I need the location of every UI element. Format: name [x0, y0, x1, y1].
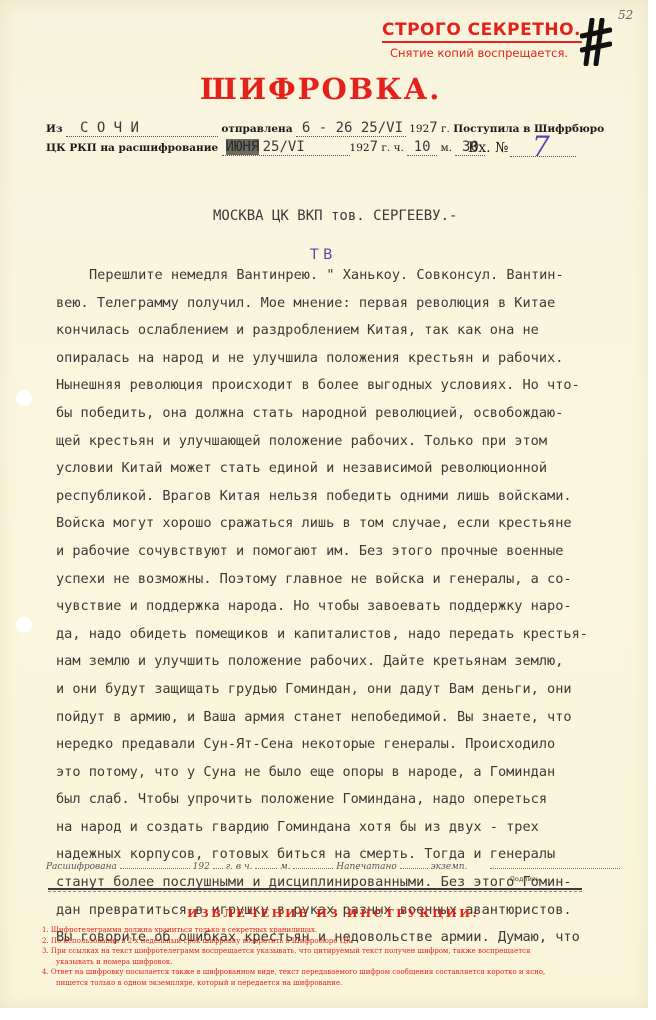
document-page: СТРОГО СЕКРЕТНО. Снятие копий воспрещает…: [0, 0, 648, 1008]
ck-label: ЦК РКП на расшифрование: [46, 142, 218, 154]
body-line: Перешлите немедля Вантинрею. " Ханькоу. …: [56, 262, 636, 290]
divider: [48, 891, 582, 892]
incoming-label: Вх. №: [468, 140, 508, 156]
ck-row: ЦК РКП на расшифрование ИЮНЯ 25/VI 1927 …: [46, 139, 485, 156]
punch-hole: [16, 617, 32, 633]
body-line: успехи не возможны. Поэтому главное не в…: [56, 566, 636, 594]
body-line: нам землю и улучшить положение рабочих. …: [56, 648, 636, 676]
body-line: республикой. Врагов Китая нельзя победит…: [56, 483, 636, 511]
body-line: пойдут в армию, и Ваша армия станет непо…: [56, 704, 636, 732]
punch-hole: [16, 390, 32, 406]
sent-year: 192: [409, 123, 429, 135]
year-unit: г.: [381, 142, 390, 154]
decipher-form: Расшифрована 192 г. в ч. м. Напечатано э…: [46, 862, 620, 872]
body-line: чувствие и поддержка народа. Но чтобы за…: [56, 593, 636, 621]
body-line: это потому, что у Суна не было еще опоры…: [56, 759, 636, 787]
deciphered-label: Расшифрована: [46, 862, 117, 872]
body-line: был слаб. Чтобы упрочить положение Гомин…: [56, 786, 636, 814]
body-line: бы победить, она должна стать народной р…: [56, 400, 636, 428]
body-line: щей крестьян и улучшающей положение рабо…: [56, 428, 636, 456]
hour-value: 10: [414, 139, 431, 155]
ck-date: 25/VI: [263, 139, 305, 155]
ck-year-suffix: 7: [370, 139, 378, 155]
printed-label: Напечатано: [336, 862, 397, 872]
body-line: опиралась на народ и не улучшила положен…: [56, 345, 636, 373]
from-row: Из С О Ч И отправлена 6 - 26 25/VI 1927 …: [46, 120, 604, 137]
copy-notice: Снятие копий воспрещается.: [382, 46, 582, 60]
footer-year: 192: [193, 862, 210, 872]
instruction-item: 4. Ответ на шифровку посылается также в …: [42, 967, 602, 978]
instructions-list: 1. Шифротелеграмма должна храниться толь…: [42, 925, 602, 988]
minute-label: м.: [441, 142, 453, 154]
instruction-item: указывать и номера шифровок.: [42, 957, 602, 968]
sent-label: отправлена: [221, 123, 292, 135]
footer-minute-label: м.: [280, 862, 290, 872]
struck-date: ИЮНЯ: [226, 139, 260, 155]
body-line: на народ и создать гвардию Гоминдана хот…: [56, 814, 636, 842]
body-line: станут более послушными и дисциплинирова…: [56, 869, 636, 897]
ck-year: 192: [350, 142, 370, 154]
from-label: Из: [46, 123, 63, 135]
instruction-item: пишется только в одном экземпляре, котор…: [42, 978, 602, 989]
body-line: и они будут защищать грудью Гоминдан, он…: [56, 676, 636, 704]
hour-label: ч.: [394, 142, 404, 154]
instruction-item: 1. Шифротелеграмма должна храниться толь…: [42, 925, 602, 936]
sent-year-suffix: 7: [429, 120, 437, 136]
body-line: нередко предавали Сун-Ят-Сена некоторые …: [56, 731, 636, 759]
secret-label: СТРОГО СЕКРЕТНО.: [382, 20, 582, 43]
sent-value: 6 - 26 25/VI: [302, 120, 403, 136]
signature-label: Подпись.: [510, 875, 541, 883]
instruction-item: 3. При ссылках на текст шифротелеграмм в…: [42, 946, 602, 957]
body-line: кончилась ослаблением и раздроблением Ки…: [56, 317, 636, 345]
addressee: МОСКВА ЦК ВКП тов. СЕРГЕЕВУ.-: [213, 208, 457, 224]
body-line: да, надо обидеть помещиков и капиталисто…: [56, 621, 636, 649]
instructions-title: ИЗВЛЕЧЕНИЕ ИЗ ИНСТРУКЦИИ:: [187, 906, 479, 920]
footer-g-label: г. в: [226, 862, 242, 872]
footer-hour-label: ч.: [244, 862, 252, 872]
secret-stamp: СТРОГО СЕКРЕТНО. Снятие копий воспрещает…: [382, 20, 582, 60]
document-title: ШИФРОВКА.: [200, 72, 441, 106]
year-unit: г.: [441, 123, 450, 135]
page-number: 52: [618, 8, 633, 22]
body-line: вею. Телеграмму получил. Мое мнение: пер…: [56, 290, 636, 318]
received-label: Поступила в Шифрбюро: [453, 123, 604, 135]
divider: [48, 888, 582, 890]
copies-label: экземп.: [431, 862, 468, 872]
handwritten-correction: Т В: [310, 247, 333, 263]
instruction-item: 2. По использовании в 2-х недельный срок…: [42, 936, 602, 947]
message-body: Перешлите немедля Вантинрею. " Ханькоу. …: [56, 262, 636, 952]
body-line: условии Китай может стать единой и незав…: [56, 455, 636, 483]
body-line: Войска могут хорошо сражаться лишь в том…: [56, 510, 636, 538]
from-value: С О Ч И: [80, 120, 139, 136]
body-line: Нынешняя революция происходит в более вы…: [56, 372, 636, 400]
handwritten-hash-icon: [580, 18, 612, 66]
body-line: и рабочие сочувствуют и помогают им. Без…: [56, 538, 636, 566]
incoming-number: 7: [532, 130, 550, 163]
